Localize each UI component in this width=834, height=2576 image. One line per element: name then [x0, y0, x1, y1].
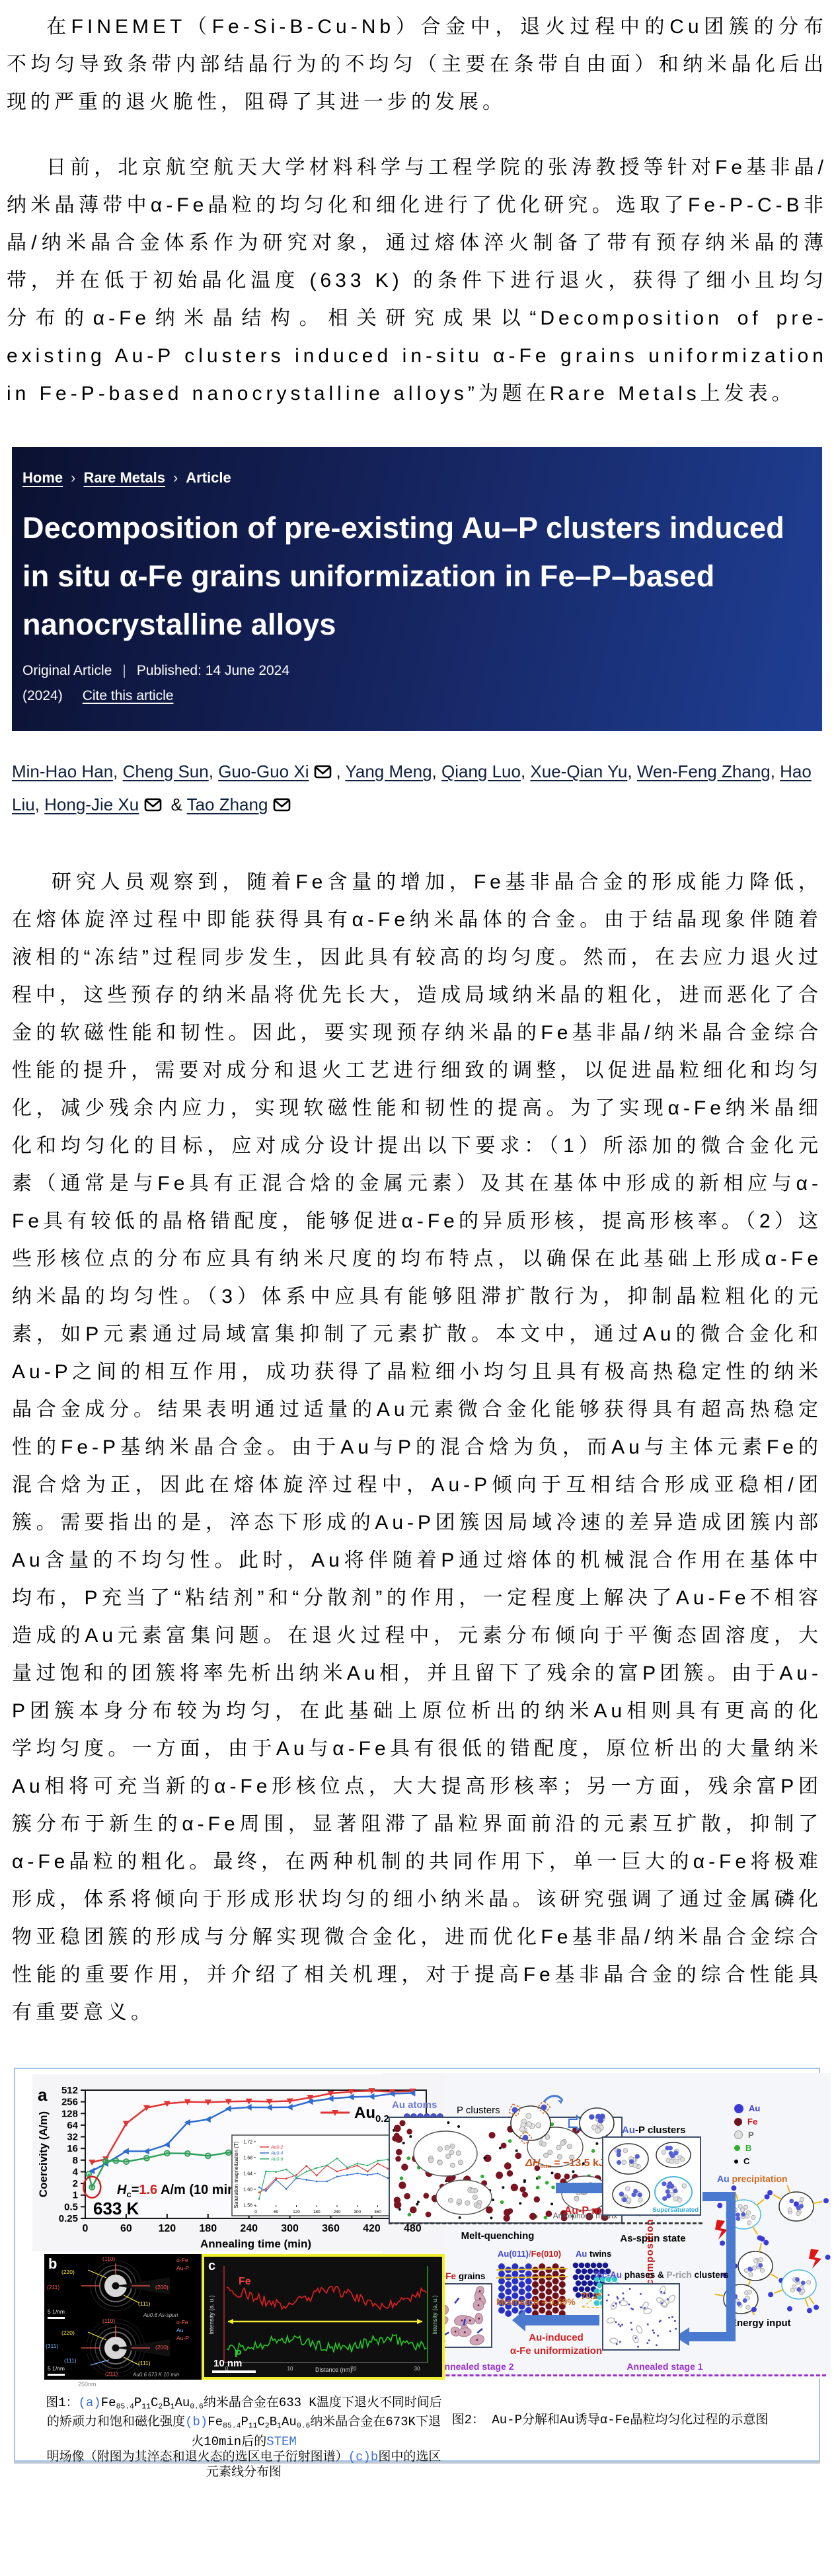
- svg-text:a: a: [38, 2085, 48, 2105]
- melt-quenching-label: Melt-quenching: [432, 2230, 564, 2242]
- svg-text:180: 180: [313, 2210, 321, 2214]
- uniformization-arrow: [525, 2315, 599, 2325]
- figure1-panel-c-line-scan: cFePIntensity (a. u.)Intensity (a. u.)01…: [202, 2254, 445, 2380]
- annealed-stage-1-label: Annealed stage 1: [609, 2361, 721, 2372]
- energy-input-label: Energy input: [730, 2318, 791, 2329]
- svg-text:64: 64: [67, 2120, 78, 2131]
- diffraction-ring-label: (110): [102, 2255, 115, 2262]
- svg-text:120: 120: [293, 2210, 300, 2214]
- legend-label: P: [748, 2130, 754, 2140]
- author-link[interactable]: Yang Meng: [345, 761, 432, 781]
- svg-text:Saturation magnetization (T): Saturation magnetization (T): [233, 2141, 239, 2208]
- legend-item: P: [734, 2130, 760, 2140]
- meta-divider: |: [122, 663, 126, 679]
- svg-text:360: 360: [374, 2210, 381, 2214]
- author-link[interactable]: Xue-Qian Yu: [530, 761, 627, 781]
- legend-item: Au: [734, 2103, 760, 2113]
- scale-label: 5 1/nm: [48, 2308, 65, 2315]
- svg-text:1.68: 1.68: [243, 2156, 252, 2161]
- legend-item: B: [734, 2143, 760, 2153]
- breadcrumb: Home › Rare Metals › Article: [22, 469, 808, 487]
- svg-text:0: 0: [254, 2210, 257, 2214]
- author-link[interactable]: Guo-Guo Xi: [218, 761, 309, 781]
- panel-b-subcaption-2: Au0.6 673 K 10 min: [133, 2372, 179, 2378]
- phase-label: α-Fe: [176, 2257, 188, 2263]
- legend-label: C: [743, 2156, 749, 2166]
- svg-text:Coercivity (A/m): Coercivity (A/m): [37, 2111, 50, 2197]
- svg-text:180: 180: [199, 2223, 217, 2234]
- au-precipitation-label: Au precipitation: [717, 2173, 788, 2184]
- published-date: Published: 14 June 2024: [137, 663, 289, 679]
- diffraction-ring-label: (111): [138, 2360, 151, 2366]
- diffraction-ring-label: (111): [138, 2300, 151, 2307]
- legend-label: Au: [749, 2103, 760, 2113]
- legend-dot-c: [734, 2160, 738, 2164]
- article-year: (2024): [22, 688, 63, 704]
- panel-b-subcaption-1: Au0.6 As-spun: [143, 2312, 178, 2318]
- svg-text:240: 240: [334, 2210, 341, 2214]
- au-induced-label-line2: α-Fe uniformization: [495, 2345, 617, 2357]
- aup-clusters-box: Supersaturated: [602, 2136, 701, 2216]
- legend-label: B: [745, 2143, 751, 2153]
- legend-dot-au: [734, 2104, 743, 2113]
- svg-text:60: 60: [120, 2223, 132, 2234]
- aup-clusters-label: Au-P clusters: [622, 2125, 685, 2136]
- intro-paragraph-2: 日前，北京航空航天大学材料科学与工程学院的张涛教授等针对Fe基非晶/纳米晶薄带中…: [7, 149, 827, 412]
- stage-divider-dashed-line: [389, 2222, 702, 2224]
- svg-text:1: 1: [73, 2190, 78, 2201]
- legend-dot-p: [734, 2130, 743, 2139]
- cite-this-article-link[interactable]: Cite this article: [83, 688, 174, 704]
- intro-paragraph-1: 在FINEMET（Fe-Si-B-Cu-Nb）合金中，退火过程中的Cu团簇的分布…: [7, 8, 827, 121]
- diffraction-ring-label: (220): [61, 2329, 75, 2336]
- svg-text:300: 300: [281, 2223, 299, 2234]
- legend-dot-fe: [734, 2118, 742, 2126]
- svg-text:10 nm: 10 nm: [213, 2358, 242, 2369]
- svg-text:4: 4: [73, 2166, 79, 2177]
- diffraction-ring-label: (211): [105, 2370, 118, 2377]
- svg-text:128: 128: [61, 2108, 78, 2119]
- svg-text:360: 360: [322, 2223, 340, 2234]
- article-meta: Original Article | Published: 14 June 20…: [22, 663, 808, 679]
- journal-card: Home › Rare Metals › Article Decompositi…: [12, 447, 822, 731]
- email-icon[interactable]: [314, 765, 332, 779]
- svg-text:10: 10: [287, 2366, 293, 2372]
- svg-text:Intensity (a. u.): Intensity (a. u.): [208, 2295, 215, 2335]
- svg-text:420: 420: [363, 2223, 381, 2234]
- breadcrumb-separator-icon: ›: [173, 469, 178, 487]
- phase-label: α-Fe: [176, 2319, 188, 2325]
- annealed-stage-dashed-line: [392, 2374, 826, 2376]
- figure-block: a51225612864321684210.50.250601201802403…: [14, 2068, 820, 2462]
- figure1-caption: 图1：(a)Fe85.4P11C2B1Au0.6纳米晶合金在633 K温度下退火…: [42, 2396, 446, 2480]
- svg-text:0: 0: [83, 2223, 89, 2234]
- svg-text:1.60: 1.60: [243, 2188, 252, 2193]
- diffraction-ring-label: (311): [46, 2343, 58, 2349]
- breadcrumb-journal-link[interactable]: Rare Metals: [83, 469, 165, 487]
- svg-text:512: 512: [61, 2085, 78, 2096]
- author-list: Min-Hao Han, Cheng Sun, Guo-Guo Xi, Yang…: [12, 755, 822, 821]
- au-induced-label-line1: Au-induced: [495, 2332, 617, 2343]
- author-link[interactable]: Hong-Jie Xu: [44, 795, 139, 814]
- svg-text:Annealing time (min): Annealing time (min): [200, 2238, 311, 2250]
- svg-text:1.72: 1.72: [243, 2140, 252, 2145]
- svg-text:30: 30: [414, 2366, 420, 2372]
- p-clusters-label: P clusters: [457, 2105, 500, 2116]
- svg-text:0.5: 0.5: [64, 2201, 78, 2212]
- svg-text:16: 16: [67, 2143, 78, 2154]
- mismatch-label: Mismatch ≈ 0.59%: [496, 2296, 576, 2307]
- diffraction-ring-label: (220): [61, 2269, 75, 2275]
- au-atoms-label: Au atoms: [392, 2099, 437, 2111]
- twin-angle-label: 70.2°: [581, 2291, 601, 2301]
- diffraction-ring-label: (110): [102, 2318, 115, 2324]
- supersaturated-label: Supersaturated: [652, 2206, 699, 2214]
- svg-text:8: 8: [73, 2155, 78, 2166]
- email-icon[interactable]: [273, 798, 291, 812]
- svg-text:256: 256: [61, 2097, 78, 2108]
- scale-label: 5 1/nm: [48, 2365, 65, 2372]
- diffraction-ring-label: (111): [64, 2357, 77, 2364]
- svg-text:2: 2: [73, 2178, 78, 2189]
- svg-text:60: 60: [274, 2210, 279, 2214]
- diffraction-ring-label: (211): [47, 2284, 59, 2290]
- breadcrumb-home-link[interactable]: Home: [22, 469, 63, 487]
- scale-bar: [48, 2374, 65, 2376]
- article-page: 在FINEMET（Fe-Si-B-Cu-Nb）合金中，退火过程中的Cu团簇的分布…: [0, 0, 834, 2576]
- diffraction-ring-label: (200): [155, 2284, 169, 2290]
- svg-text:32: 32: [67, 2132, 78, 2143]
- svg-text:1.56: 1.56: [243, 2204, 252, 2208]
- lattice-mismatch-diagram: [496, 2261, 568, 2318]
- panel-b-label: b: [48, 2255, 57, 2273]
- legend-item: C: [734, 2156, 760, 2166]
- article-type: Original Article: [22, 663, 112, 679]
- au011-fe010-label: Au(011)/Fe(010): [498, 2249, 561, 2259]
- legend-label: Fe: [747, 2117, 757, 2127]
- svg-text:Au0.6: Au0.6: [270, 2158, 283, 2162]
- legend-dot-b: [734, 2145, 740, 2151]
- legend-item: Fe: [734, 2117, 760, 2127]
- svg-text:240: 240: [240, 2223, 258, 2234]
- author-link[interactable]: Qiang Luo: [441, 761, 521, 781]
- breadcrumb-separator-icon: ›: [71, 469, 75, 487]
- decomposition-arrow-segment: [689, 2332, 736, 2341]
- aup-cluster-formation-diagram: [506, 2093, 615, 2147]
- diffraction-ring-label: (200): [155, 2344, 169, 2351]
- figure2-legend: AuFePBC: [734, 2103, 760, 2169]
- paper-title: Decomposition of pre-existing Au–P clust…: [22, 504, 808, 648]
- svg-text:Au0.4: Au0.4: [270, 2152, 283, 2156]
- decomposition-arrow-segment: [726, 2192, 736, 2341]
- svg-text:0.25: 0.25: [59, 2213, 78, 2224]
- phase-label: Au-P: [176, 2265, 189, 2271]
- svg-text:Distance (nm): Distance (nm): [315, 2366, 352, 2373]
- phase-label: Au: [176, 2327, 183, 2333]
- svg-text:c: c: [208, 2259, 215, 2273]
- svg-text:633 K: 633 K: [93, 2199, 139, 2218]
- figure2-caption: 图2： Au-P分解和Au诱导α-Fe晶粒均匀化过程的示意图: [412, 2413, 808, 2428]
- svg-text:Au0.2: Au0.2: [270, 2146, 283, 2150]
- figure1-panel-a-chart: a51225612864321684210.50.250601201802403…: [32, 2074, 445, 2255]
- svg-text:Hc=1.6 A/m (10 min): Hc=1.6 A/m (10 min): [117, 2183, 240, 2199]
- au-twins-label: Au twins: [576, 2249, 611, 2259]
- phase-label: Au-P: [176, 2335, 189, 2341]
- svg-text:Intensity (a. u.): Intensity (a. u.): [432, 2295, 438, 2335]
- breadcrumb-article: Article: [186, 469, 231, 487]
- svg-text:120: 120: [158, 2223, 176, 2234]
- svg-text:300: 300: [354, 2210, 361, 2214]
- author-link[interactable]: Wen-Feng Zhang: [637, 761, 771, 781]
- svg-text:1.64: 1.64: [243, 2172, 252, 2177]
- author-link[interactable]: Cheng Sun: [123, 761, 209, 781]
- svg-text:Fe: Fe: [239, 2276, 251, 2287]
- scale-bar: [48, 2317, 65, 2319]
- fcc-au-phases-label: fcc-Au phases & P-rich clusters: [594, 2270, 728, 2280]
- article-meta-2: (2024) Cite this article: [22, 688, 808, 704]
- stem-scale-label: 250nm: [78, 2381, 96, 2388]
- email-icon[interactable]: [144, 798, 162, 812]
- author-link[interactable]: Min-Hao Han: [12, 761, 113, 781]
- author-link[interactable]: Tao Zhang: [187, 795, 268, 814]
- body-paragraph: 研究人员观察到，随着Fe含量的增加，Fe基非晶合金的形成能力降低，在熔体旋淬过程…: [12, 863, 822, 2031]
